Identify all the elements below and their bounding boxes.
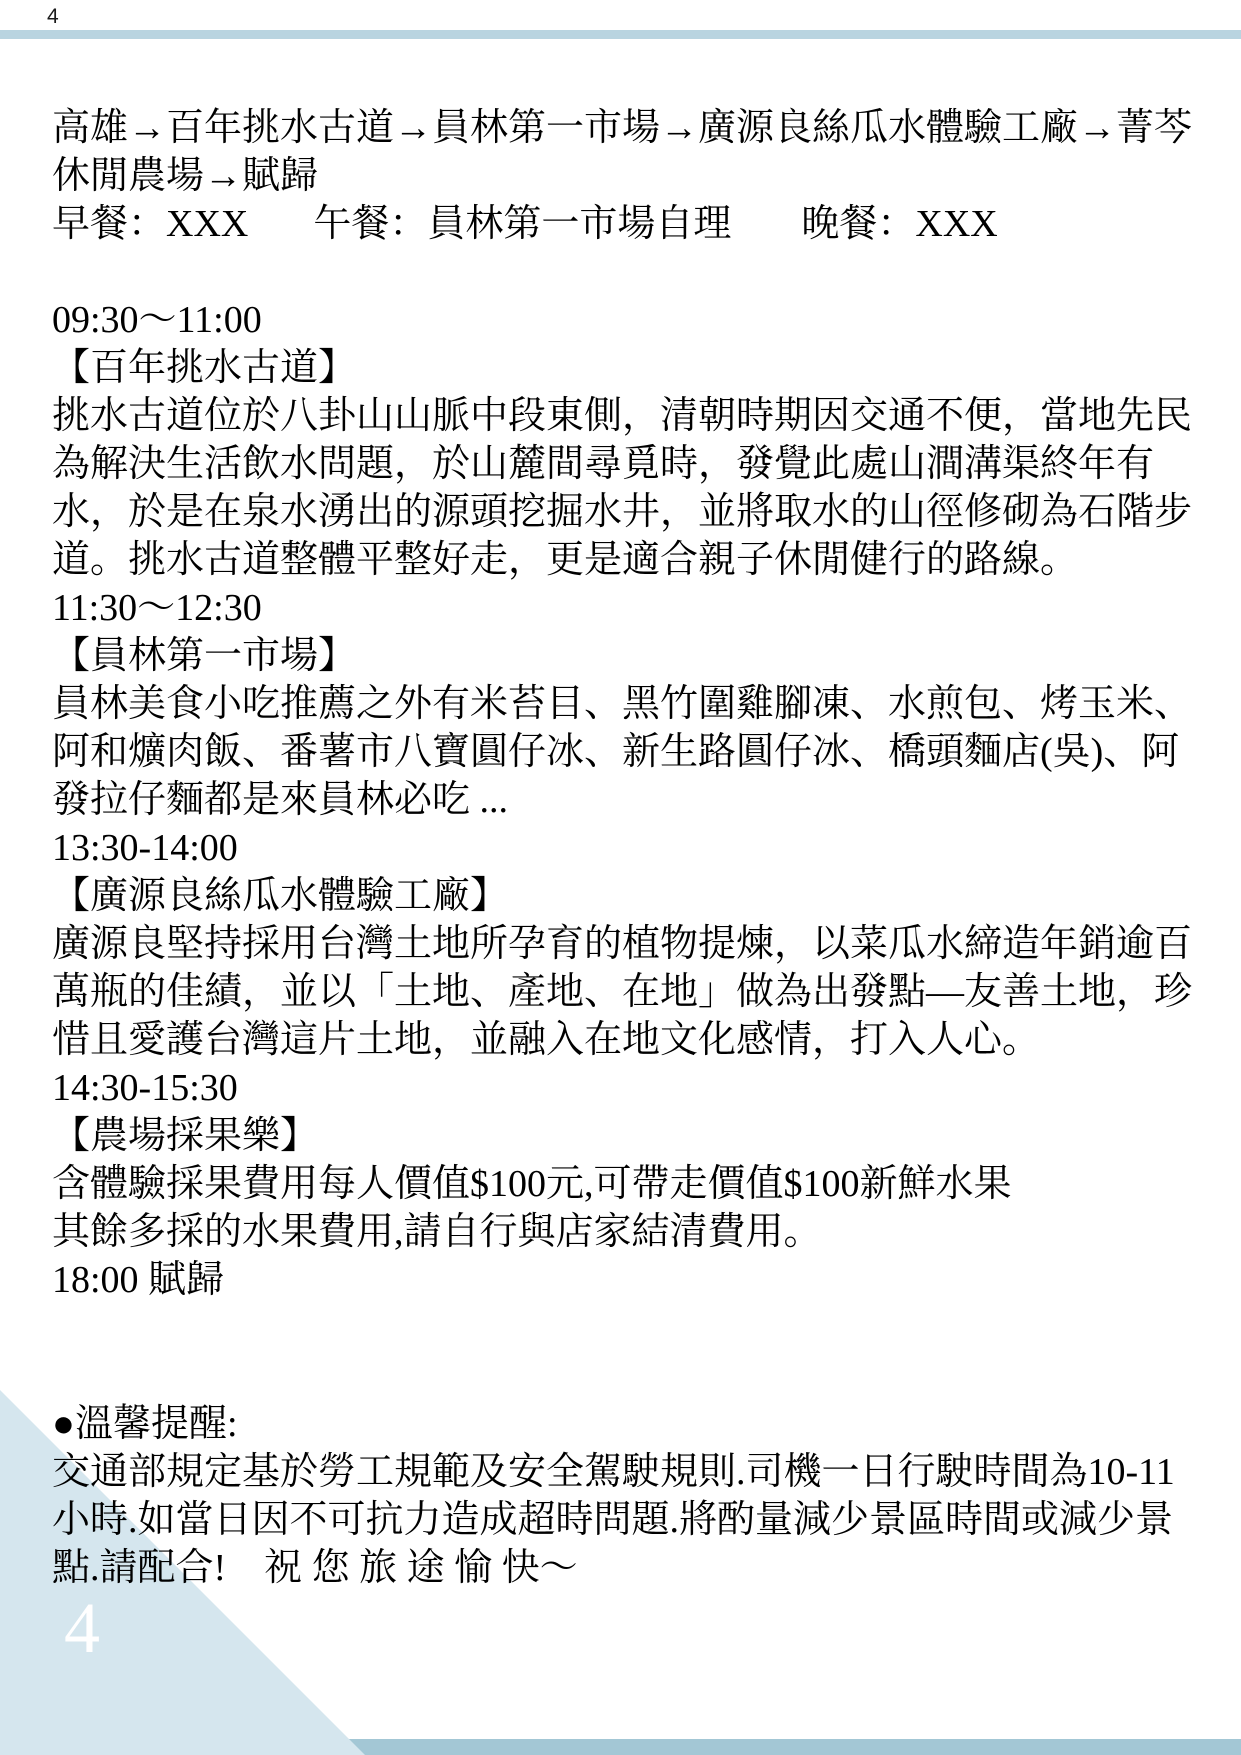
schedule-block-market: 11:30～12:30 【員林第一市場】 員林美食小吃推薦之外有米苔目、黑竹圍雞…	[52, 584, 1202, 824]
schedule-block-factory: 13:30-14:00 【廣源良絲瓜水體驗工廠】 廣源良堅持採用台灣土地所孕育的…	[52, 824, 1202, 1064]
section-title: 【廣源良絲瓜水體驗工廠】	[52, 872, 1202, 920]
reminder-heading: ●溫馨提醒:	[52, 1400, 1202, 1448]
description-line: 廣源良堅持採用台灣土地所孕育的植物提煉，以菜瓜水締造年銷逾百	[52, 920, 1202, 968]
time-range: 09:30～11:00	[52, 296, 1202, 344]
time-range: 13:30-14:00	[52, 824, 1202, 872]
section-title: 【員林第一市場】	[52, 632, 1202, 680]
description-line: 挑水古道位於八卦山山脈中段東側，清朝時期因交通不便，當地先民	[52, 392, 1202, 440]
section-title: 【農場採果樂】	[52, 1112, 1202, 1160]
description-line: 道。挑水古道整體平整好走，更是適合親子休閒健行的路線。	[52, 536, 1202, 584]
blank-line	[52, 1352, 1202, 1400]
description-line: 其餘多採的水果費用,請自行與店家結清費用。	[52, 1208, 1202, 1256]
reminder-line: 小時.如當日因不可抗力造成超時問題.將酌量減少景區時間或減少景	[52, 1496, 1202, 1544]
dinner-label: 晚餐：	[801, 203, 915, 245]
page-number-footer: 4	[64, 1592, 100, 1664]
lunch-value: 員林第一市場自理	[427, 203, 731, 245]
dinner-value: XXX	[915, 203, 997, 245]
reminder-block: ●溫馨提醒: 交通部規定基於勞工規範及安全駕駛規則.司機一日行駛時間為10-11…	[52, 1400, 1202, 1592]
itinerary-content: 高雄→百年挑水古道→員林第一市場→廣源良絲瓜水體驗工廠→菁芩 休閒農場→賦歸 早…	[52, 104, 1202, 1592]
departure-line: 18:00 賦歸	[52, 1256, 1202, 1304]
schedule-block-farm: 14:30-15:30 【農場採果樂】 含體驗採果費用每人價值$100元,可帶走…	[52, 1064, 1202, 1256]
top-decor-band	[0, 30, 1241, 39]
route-line-1: 高雄→百年挑水古道→員林第一市場→廣源良絲瓜水體驗工廠→菁芩	[52, 104, 1202, 152]
section-title: 【百年挑水古道】	[52, 344, 1202, 392]
lunch-label: 午餐：	[313, 203, 427, 245]
time-range: 11:30～12:30	[52, 584, 1202, 632]
schedule-block-trail: 09:30～11:00 【百年挑水古道】 挑水古道位於八卦山山脈中段東側，清朝時…	[52, 296, 1202, 584]
breakfast: 早餐：XXX	[52, 203, 248, 245]
description-line: 萬瓶的佳績，並以「土地、產地、在地」做為出發點—友善土地，珍	[52, 968, 1202, 1016]
lunch: 午餐：員林第一市場自理	[313, 203, 731, 245]
meals-line: 早餐：XXX午餐：員林第一市場自理晚餐：XXX	[52, 200, 1202, 248]
blank-line	[52, 1304, 1202, 1352]
itinerary-document-page: { "page": { "corner_page_number": "4", "…	[0, 0, 1241, 1755]
description-line: 為解決生活飲水問題，於山麓間尋覓時，發覺此處山澗溝渠終年有	[52, 440, 1202, 488]
description-line: 員林美食小吃推薦之外有米苔目、黑竹圍雞腳凍、水煎包、烤玉米、	[52, 680, 1202, 728]
dinner: 晚餐：XXX	[801, 203, 997, 245]
description-line: 阿和爌肉飯、番薯市八寶圓仔冰、新生路圓仔冰、橋頭麵店(吳)、阿	[52, 728, 1202, 776]
breakfast-value: XXX	[166, 203, 248, 245]
description-line: 發拉仔麵都是來員林必吃 ...	[52, 776, 1202, 824]
time-range: 14:30-15:30	[52, 1064, 1202, 1112]
description-line: 惜且愛護台灣這片土地，並融入在地文化感情，打入人心。	[52, 1016, 1202, 1064]
description-line: 水，於是在泉水湧出的源頭挖掘水井，並將取水的山徑修砌為石階步	[52, 488, 1202, 536]
blank-line	[52, 248, 1202, 296]
description-line: 含體驗採果費用每人價值$100元,可帶走價值$100新鮮水果	[52, 1160, 1202, 1208]
reminder-line: 交通部規定基於勞工規範及安全駕駛規則.司機一日行駛時間為10-11	[52, 1448, 1202, 1496]
route-line-2: 休閒農場→賦歸	[52, 152, 1202, 200]
page-number-top: 4	[47, 5, 59, 29]
reminder-line: 點.請配合! 祝 您 旅 途 愉 快～	[52, 1544, 1202, 1592]
breakfast-label: 早餐：	[52, 203, 166, 245]
